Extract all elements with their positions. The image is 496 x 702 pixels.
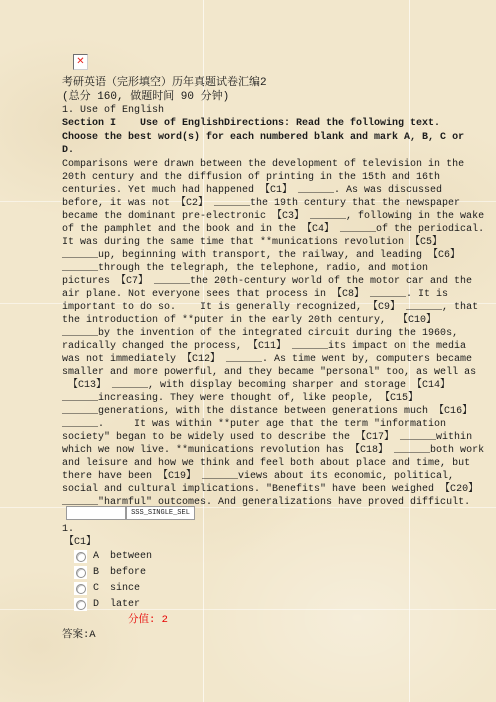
radio-circle-icon [76,600,86,610]
broken-image-icon: ✕ [73,54,88,70]
radio-circle-icon [76,584,86,594]
radio-button-a[interactable] [74,550,87,563]
option-label: since [110,583,140,594]
radio-circle-icon [76,552,86,562]
option-label: between [110,551,152,562]
red-x-icon: ✕ [76,57,84,67]
option-row-a[interactable]: A between [62,549,486,565]
page-content: ✕ 考研英语（完形填空）历年真题试卷汇编2 (总分 160, 做题时间 90 分… [62,54,486,642]
radio-circle-icon [76,568,86,578]
option-row-b[interactable]: B before [62,565,486,581]
exam-page: ✕ 考研英语（完形填空）历年真题试卷汇编2 (总分 160, 做题时间 90 分… [0,0,496,702]
option-letter: D [93,599,105,610]
blank-label: 【C1】 [64,536,486,549]
option-letter: A [93,551,105,562]
cloze-passage: Comparisons were drawn between the devel… [62,158,486,509]
option-row-c[interactable]: C since [62,581,486,597]
score-line: 分值: 2 [128,614,486,627]
section-heading: 1. Use of English [62,104,486,117]
option-letter: C [93,583,105,594]
option-letter: B [93,567,105,578]
single-select-box[interactable]: SSS_SINGLE_SEL [126,506,195,520]
option-row-d[interactable]: D later [62,597,486,613]
directions-text: Section I Use of EnglishDirections: Read… [62,117,486,158]
answer-line: 答案:A [62,629,486,642]
radio-button-d[interactable] [74,598,87,611]
page-subtitle: (总分 160, 做题时间 90 分钟) [62,90,486,104]
radio-button-b[interactable] [74,566,87,579]
page-title: 考研英语（完形填空）历年真题试卷汇编2 [62,76,486,90]
option-label: before [110,567,146,578]
question-number: 1. [62,523,486,536]
option-label: later [110,599,140,610]
answer-input[interactable] [66,506,126,520]
radio-button-c[interactable] [74,582,87,595]
